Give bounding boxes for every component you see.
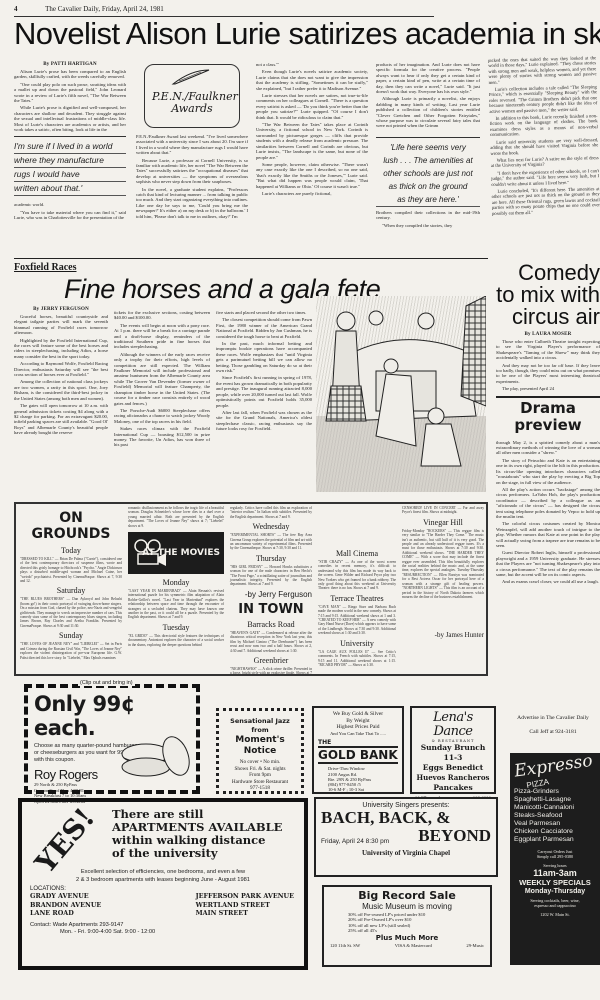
listing-text: "THE BLUES BROTHERS" — Dan Aykroyd and J… [20,597,122,628]
line: By Weight [318,718,398,725]
on-grounds-title: ON GROUNDS [20,510,122,542]
listing-text: "HEAVEN'S GATE" — Condemned at release a… [230,631,312,653]
venue-heading: Greenbrier [230,656,312,665]
apartments-body: Excellent selection of efficiencies, one… [30,868,296,884]
jazz-line: Moment's Notice [219,735,301,757]
pull-quote-line: other schools are just not [376,167,480,180]
record-sale-ad[interactable]: Big Record Sale Music Museum is moving 3… [322,885,492,967]
on-grounds-col2: romantic disillusionment as he follows t… [128,506,224,649]
drama-preview-label: Drama preview [496,396,600,434]
apartments-ad[interactable]: YES! There are still APARTMENTS AVAILABL… [18,798,308,970]
in-town-col5: CENSORED! LIVE IN CONCERT — Far and away… [402,506,484,639]
on-grounds-signoff: -by Jerry Ferguson [230,590,312,599]
headline-line: circus air [496,306,600,328]
venue-heading: Vinegar Hill [402,518,484,527]
gold-bank-top: We Buy Gold & Silver By Weight Highest P… [318,711,398,737]
listing-text [318,506,396,546]
paragraph: five starts and placed second the other … [216,310,312,315]
gold-bank-the: THE [318,739,398,748]
paragraph: The Porsche-Audi $6000 Steeplechase offe… [114,408,210,424]
comedy-headline: Comedy to mix with circus air [496,262,600,328]
carryout-line: Simply call 295-0380 [514,854,596,859]
location: LANE ROAD [30,909,101,918]
address: 120 11th St. SW [330,943,360,948]
paragraph: The events will begin at noon with a pon… [114,323,210,350]
quill-icon [171,68,211,86]
listing-text: "NIGHTHAWKS" — A slick crime thriller. P… [230,667,312,675]
pull-quote-1: I'm sure if I lived in a world where the… [14,136,126,196]
pull-quote-line: as they are here.' [376,193,480,207]
locations-list: GRADY AVENUE BRANDON AVENUE LANE ROAD JE… [30,892,296,918]
foxfield-section-label: Foxfield Races [14,262,77,273]
concert-title-line1: BACH, BACK, & [321,809,491,827]
paragraph: Since Foxfield's first running in spring… [216,375,312,407]
paragraph: Even though Lurie's novels satirize acad… [256,69,368,91]
apartments-contact: Contact: Wade Apartments 293-9147 Mon. -… [30,922,296,937]
venue-heading: Barracks Road [230,620,312,629]
espresso-extras: Serving cocktails, beer, wine, espresso … [514,898,596,917]
listing-text: "LAST YEAR IN MARIENBAD" — Alain Resnais… [128,589,224,620]
paragraph: Lurie concluded, "It's different here. T… [491,186,600,216]
foxfield-col2: tickets for the exclusive sections, cost… [114,310,210,450]
comedy-byline: By LAURA MOSER [496,332,600,337]
menu-item: Manicotti-Cannaloni [514,804,596,812]
pull-quote-line: lush . . . The amenities at [376,154,480,167]
paragraph: picked the ones that suited the way they… [488,55,597,85]
phone: 29-Music [466,943,484,948]
day-heading: Wednesday [230,522,312,531]
menu-item: Chicken Cacciatore [514,828,596,836]
address: 1202 W. Main St. [514,912,596,917]
paragraph: And they may not be too far off base. If… [496,363,600,385]
paragraph: All the play's action occurs "backstage"… [496,487,600,519]
on-grounds-col1: ON GROUNDS Today "DRESSED TO KILL" — Bri… [20,506,122,662]
paragraph: P.E.N./Faulkner Award last weekend. "I'v… [136,134,248,156]
paragraph: Stakes races climax with the Foxfield In… [114,426,210,448]
day-heading: Sunday [20,631,122,640]
pull-quote-line: as thick on the ground [376,180,480,193]
paragraph: What lies next for Lurie? A satire on th… [491,155,599,169]
espresso-menu: Pizza-Grinders Spaghetti-Lasagne Manicot… [514,788,596,844]
lurie-col3: not a class.'" Even though Lurie's novel… [256,62,368,198]
clip-label: (Clip out and bring in) [78,680,135,686]
lurie-byline: By PATTI HARTIGAN [14,62,126,67]
coupon-headline: Only 99¢ each. [34,692,190,740]
paragraph: Because Lurie, a professor at Cornell Un… [136,158,248,185]
weekly-specials: WEEKLY SPECIALS [514,878,596,887]
listing-text: "EXPERIMENTAL SHORTS" — The free Bay Are… [230,533,312,551]
headline-line: Comedy [496,262,600,284]
on-grounds-col3: regularly. Critics have called this film… [230,506,312,677]
pull-quote-2: 'Life here seems very lush . . . The ame… [376,137,480,207]
hamburger-icon [118,734,190,784]
paragraph: The story of Petruchio and Kate is an en… [496,458,600,485]
lurie-col5: picked the ones that suited the way they… [488,55,600,218]
paper-dateline: The Cavalier Daily, Friday, April 24, 19… [45,5,164,13]
film-projector-icon [132,538,166,568]
paragraph: The play, presented April 24 [496,386,600,391]
in-town-signoff: -by James Hunter [402,631,484,639]
pull-quote-line: I'm sure if I lived in a world [14,140,126,154]
in-town-col4: Mall Cinema "STIR CRAZY" — As one of the… [318,506,396,669]
tailgate-party-illustration [316,296,486,492]
menu-line: Sunday Brunch [415,743,491,753]
menu-line: Eggs Benedict [415,763,491,773]
location: GRADY AVENUE [30,892,101,901]
line: And You Can Take That To ..... [318,731,398,738]
paragraph: not a class.'" [256,62,368,67]
concert-venue: University of Virginia Chapel [321,849,491,857]
paragraph: Lurie's collection includes a tale calle… [489,84,598,114]
paragraph: Lurie's characters are purely fictional, [256,191,368,196]
hours-line: Mon. - Fri. 9:00-4:00 Sat. 9:00 - 12:00 [30,929,296,937]
lenas-dance-ad[interactable]: Lena's Dance & RESTAURANT Sunday Brunch … [410,706,496,794]
menu-item: Veal Parmesan [514,820,596,828]
paragraph: Among the collection of national class j… [14,379,108,401]
lurie-col1: By PATTI HARTIGAN Alison Lurie's prose h… [14,62,126,223]
listing-text: "LA CAGE AUX FOLLES II" — See Critic's c… [318,650,396,668]
paragraph: The gates will open tomorrow at 10 a.m. … [14,403,108,435]
venue-heading: University [318,639,396,648]
concert-date: Friday, April 24 8:30 pm [321,838,389,845]
pull-quote-line: 'Life here seems very [376,141,480,154]
menu-item: Eggplant Parmesan [514,836,596,844]
foxfield-byline: By JERRY FERGUSON [14,307,108,312]
venue-heading: Terrace Theatres [318,594,396,603]
menu-item: Spaghetti-Lasagne [514,796,596,804]
university-singers-ad[interactable]: University Singers presents: BACH, BACK,… [314,797,498,877]
paragraph: tickets for the exclusive sections, cost… [114,310,210,321]
paragraph: Although the winners of the early races … [114,352,210,406]
menu-line: 11-3 [415,753,491,763]
detail-line: Hardware Store Restaurant [219,779,301,786]
headline-line: of the university [112,847,296,860]
roy-rogers-coupon-ad[interactable]: (Clip out and bring in) Only 99¢ each. C… [24,684,200,794]
detail-line: From 9pm [219,772,301,779]
concert-title-row: Friday, April 24 8:30 pm BEYOND [321,827,491,845]
label-line: preview [496,417,600,434]
at-the-movies-graphic: AT THE MOVIES [128,532,224,574]
record-sale-footer: 120 11th St. SW VISA & Mastercard 29-Mus… [330,943,484,948]
advertise-line: Advertise in The Cavalier Daily [506,715,600,721]
jazz-line: Sensational Jazz [219,717,301,726]
paragraph: Alison Lurie's prose has been compared t… [14,69,126,80]
venue-heading: Mall Cinema [318,549,396,558]
paragraph: products of her imagination. And Lurie d… [376,62,480,94]
lenas-logo: Lena's Dance [415,711,491,739]
menu-item: Steaks-Seafood [514,812,596,820]
label-line: Drama [496,400,600,417]
listing-text: "EL GRIDO" — This directorial style feat… [128,634,224,647]
paragraph: "I don't have the experience of other sc… [491,168,599,187]
day-heading: Saturday [20,586,122,595]
foxfield-col3: five starts and placed second the other … [216,310,312,434]
body-line: 2 & 3 bedroom apartments with leases beg… [30,876,296,884]
day-heading: Thursday [230,554,312,563]
record-sale-subtitle: Music Museum is moving [330,902,484,912]
menu-line: Pancakes [415,783,491,793]
paragraph: Lurie said university students are very … [490,137,598,156]
record-sale-plus: Plus Much More [330,934,484,942]
jazz-ad[interactable]: Sensational Jazz from Moment's Notice No… [216,708,304,794]
gold-bank-details: Drive-Thru Window 2100 Angus Rd. Rte. 29… [318,766,398,792]
day-heading: Tuesday [128,623,224,632]
paragraph: In addition to this book, Lurie recently… [490,113,599,137]
paragraph: The colorful circus costumes created by … [496,521,600,548]
paragraph: "When they compiled the stories, they [376,223,480,228]
day-heading: Monday [128,578,224,587]
paragraph: Graceful horses, beautiful countryside a… [14,314,108,336]
body-line: Excellent selection of efficiencies, one… [30,868,296,876]
detail-line: No cover • No min. [219,759,301,766]
menu-line: Huevos Rancheros [415,773,491,783]
location: JEFFERSON PARK AVENUE [196,892,294,901]
paragraph: "One could play polo on such prose, swat… [14,82,126,104]
jazz-details: No cover • No min. Shows Fri. & Sat. nig… [219,759,301,792]
gold-bank-name: GOLD BANK [318,748,398,764]
location: BRANDON AVENUE [30,901,101,910]
lurie-headline: Novelist Alison Lurie satirizes academia… [14,17,600,51]
paragraph: Although Lurie is primarily a novelist, … [376,96,480,128]
lurie-col4: products of her imagination. And Lurie d… [376,62,480,230]
paragraph: Guest Director Robert Inglis, himself a … [496,550,600,577]
detail-line: 10-6 M-F ; 10-3 Sat [328,787,398,792]
listing-text: regularly. Critics have called this film… [230,506,312,519]
pen-faulkner-logo: P.E.N./Faulkner Awards [144,64,240,128]
location: WERTLAND STREET [196,901,294,910]
pull-quote-line: rugs I would have [14,168,126,182]
espresso-pizza-ad[interactable]: Expresso PIZZA Pizza-Grinders Spaghetti-… [510,753,600,965]
extra-line: espresso and cappuccino [514,903,596,908]
paragraph: And as exams crawl closer, we could all … [496,579,600,584]
concert-title-line2: BEYOND [418,827,491,845]
listing-text: Friday-Monday "ROCKERS" — This reggae fi… [402,529,484,629]
gold-bank-ad[interactable]: We Buy Gold & Silver By Weight Highest P… [312,706,404,794]
record-sale-title: Big Record Sale [330,889,484,902]
espresso-carryout: Carryout Orders Just Simply call 295-038… [514,849,596,868]
page-number: 4 [14,5,18,13]
apartments-headline: There are still APARTMENTS AVAILABLE wit… [112,808,296,860]
section-divider [14,258,488,259]
listing-text: "STIR CRAZY" — As one of the worst scree… [318,560,396,591]
paragraph: Those who enter Culbreth Theatre tonight… [496,339,600,361]
in-town-title: IN TOWN [230,602,312,617]
award-logo-text: P.E.N./Faulkner Awards [152,91,232,115]
record-sale-items: 30% off Pre-owned LP's priced under $10 … [330,912,484,934]
comedy-article: Comedy to mix with circus air By LAURA M… [496,262,600,587]
paragraph: academic world. [14,202,126,207]
paragraph: Highlighted by the Foxfield Internationa… [14,338,108,360]
contact-line: Contact: Wade Apartments 293-9147 [30,922,296,930]
advertise-line: Call Jeff at 924-3181 [506,729,600,735]
paragraph: "The War Between the Tates" takes place … [256,122,368,160]
paragraph: "You have to take material where you can… [14,210,126,221]
paragraph: Lurie stresses that her novels are satir… [256,93,368,120]
listing-text: romantic disillusionment as he follows t… [128,506,224,528]
day-heading: Today [20,546,122,555]
listing-text: "DRESSED TO KILL" — Brian De Palma ("Car… [20,557,122,583]
jazz-line: from [219,726,301,735]
paragraph: The closest competition should come from… [216,317,312,339]
lurie-col2: P.E.N./Faulkner Awards P.E.N./Faulkner A… [136,62,248,221]
headline-line: to mix with [496,284,600,306]
paragraph: In the past, much informal betting and i… [216,341,312,373]
line: Highest Prices Paid [318,724,398,731]
advertise-notice: Advertise in The Cavalier Daily Call Jef… [506,715,600,735]
location: MAIN STREET [196,909,294,918]
detail-line: 977-1518 [219,785,301,792]
espresso-hours: 11am-3am [514,868,596,878]
paragraph: Some people, however, claim otherwise. "… [256,162,368,189]
paragraph: According to Raymond Wolfe, Foxfield Rac… [14,361,108,377]
paragraph: After last fall, when Foxfield was chose… [216,410,312,432]
pull-quote-line: written about that.' [14,182,126,196]
cards: VISA & Mastercard [395,943,432,948]
paragraph: through May 2, is a spirited comedy abou… [496,440,600,456]
pull-quote-line: where they manufacture [14,154,126,168]
listing-text: "HIS GIRL FRIDAY" — Howard Hawks substit… [230,565,312,587]
listing-text: "CAVE MAN" — Ringo Starr and Barbara Bac… [318,605,396,636]
paragraph: While Lurie's prose is dignified and wel… [14,105,126,132]
listing-text: "THE LOVES OF JEANNE NEY" and "LIEBELEI"… [20,642,122,660]
specials-days: Monday-Thursday [514,887,596,896]
paragraph: In the novel, a graduate student explain… [136,187,248,219]
detail-line: Shows Fri. & Sat. nights [219,766,301,773]
listing-text: CENSORED! LIVE IN CONCERT — Far and away… [402,506,484,515]
paragraph: Brothers compiled their collections in t… [376,210,480,221]
line: We Buy Gold & Silver [318,711,398,718]
foxfield-col1: By JERRY FERGUSON Graceful horses, beaut… [14,307,108,438]
